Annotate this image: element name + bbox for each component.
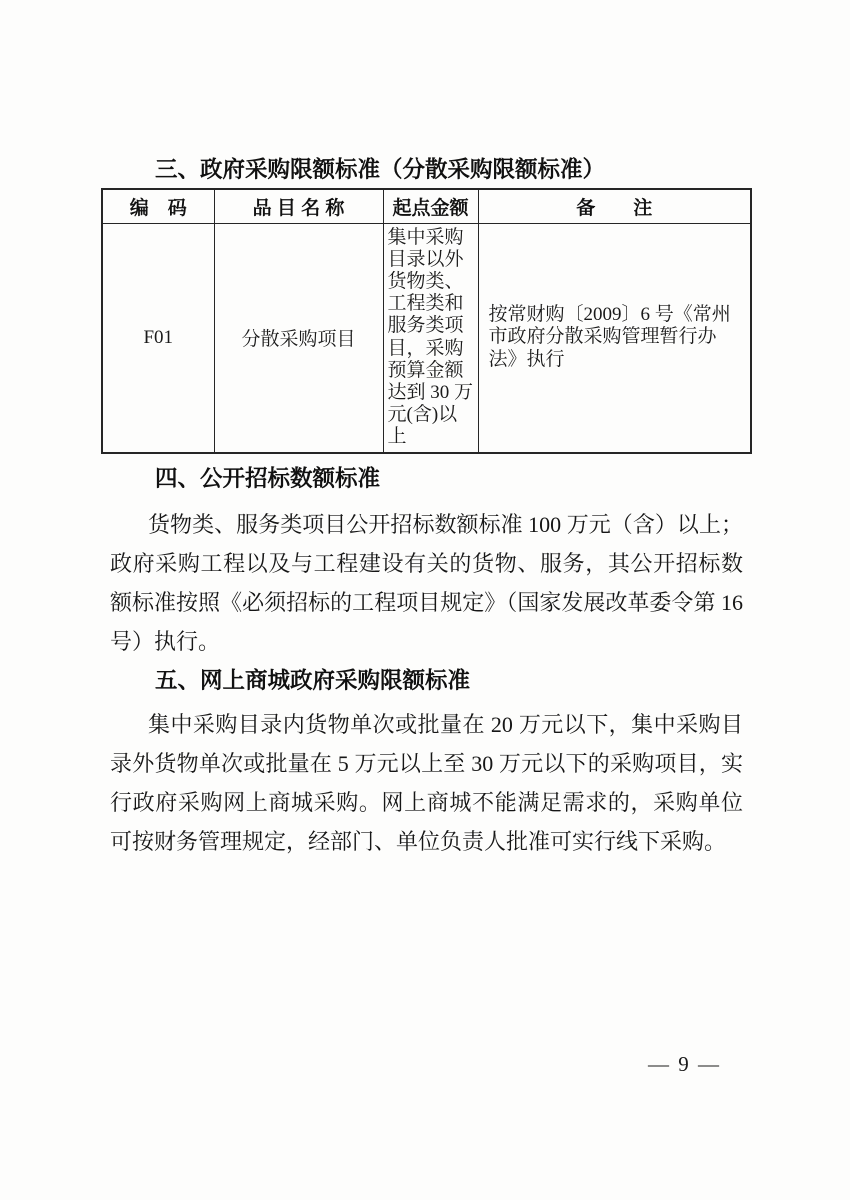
cell-code: F01 [102, 223, 214, 453]
column-header-code: 编 码 [102, 189, 214, 223]
cell-item-name: 分散采购项目 [214, 223, 383, 453]
document-page: 三、政府采购限额标准（分散采购限额标准） 编 码 品 目 名 称 起点金额 备 … [0, 0, 850, 1200]
section-5-heading: 五、网上商城政府采购限额标准 [101, 661, 750, 700]
page-number: — 9 — [648, 1052, 721, 1077]
cell-remark: 按常财购〔2009〕6 号《常州市政府分散采购管理暂行办法》执行 [478, 223, 751, 453]
column-header-item-name: 品 目 名 称 [214, 189, 383, 223]
cell-threshold: 集中采购目录以外货物类、工程类和服务类项目，采购预算金额达到 30 万元(含)以… [383, 223, 478, 453]
section-5-paragraph: 集中采购目录内货物单次或批量在 20 万元以下，集中采购目录外货物单次或批量在 … [110, 705, 743, 861]
column-header-remark: 备 注 [478, 189, 751, 223]
table-row: F01 分散采购项目 集中采购目录以外货物类、工程类和服务类项目，采购预算金额达… [102, 223, 751, 453]
section-4-heading: 四、公开招标数额标准 [101, 459, 750, 498]
table-header-row: 编 码 品 目 名 称 起点金额 备 注 [102, 189, 751, 223]
section-4-paragraph: 货物类、服务类项目公开招标数额标准 100 万元（含）以上；政府采购工程以及与工… [110, 505, 743, 661]
column-header-threshold: 起点金额 [383, 189, 478, 223]
section-3-heading: 三、政府采购限额标准（分散采购限额标准） [101, 152, 750, 188]
procurement-limits-table: 编 码 品 目 名 称 起点金额 备 注 F01 分散采购项目 集中采购目录以外… [101, 188, 752, 454]
page-content: 三、政府采购限额标准（分散采购限额标准） 编 码 品 目 名 称 起点金额 备 … [101, 0, 750, 861]
